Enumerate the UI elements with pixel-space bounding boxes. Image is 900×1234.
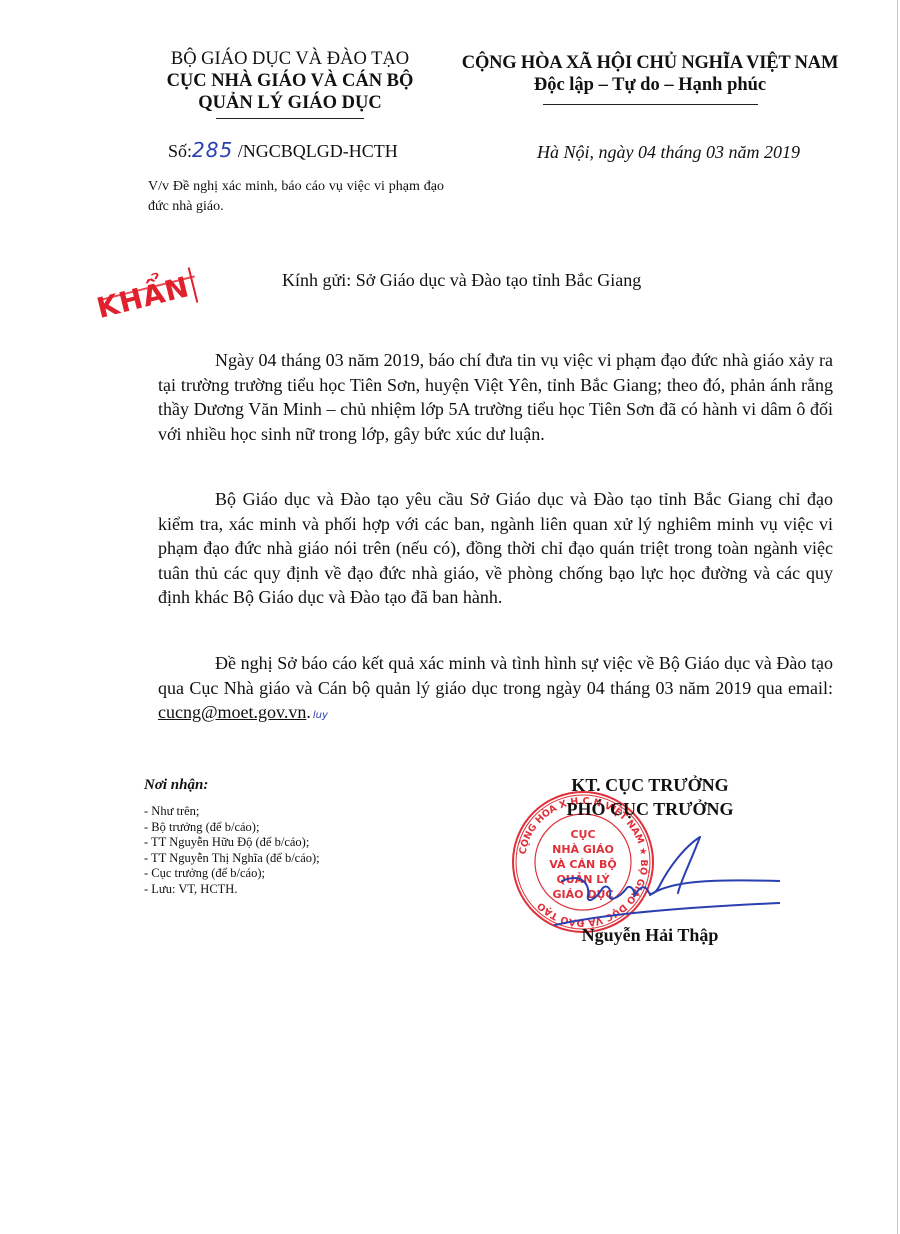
recipient-item: - Bộ trưởng (để b/cáo); <box>144 820 444 836</box>
body-paragraph-1: Ngày 04 tháng 03 năm 2019, báo chí đưa t… <box>158 348 833 446</box>
urgent-stamp-text: KHẨN <box>93 270 192 325</box>
body-paragraph-3: Đề nghị Sở báo cáo kết quả xác minh và t… <box>158 651 833 729</box>
department-name-line1: CỤC NHÀ GIÁO VÀ CÁN BỘ <box>140 70 440 92</box>
signer-authority: KT. CỤC TRƯỞNG <box>520 773 780 797</box>
motto-underline <box>543 104 758 105</box>
recipient-item: - TT Nguyễn Hữu Độ (để b/cáo); <box>144 835 444 851</box>
recipient-greeting: Kính gửi: Sở Giáo dục và Đào tạo tỉnh Bắ… <box>282 270 641 291</box>
signature-block: KT. CỤC TRƯỞNG PHÓ CỤC TRƯỞNG CỘNG HÒA X… <box>520 773 780 946</box>
recipients-list: Nơi nhận: - Như trên; - Bộ trưởng (để b/… <box>144 777 444 897</box>
signer-title: PHÓ CỤC TRƯỞNG <box>520 797 780 821</box>
recipient-item: - TT Nguyễn Thị Nghĩa (để b/cáo); <box>144 851 444 867</box>
recipients-title: Nơi nhận: <box>144 777 444 794</box>
doc-number-suffix: /NGCBQLGD-HCTH <box>233 141 398 161</box>
national-title: CỘNG HÒA XÃ HỘI CHỦ NGHĨA VIỆT NAM <box>445 52 855 74</box>
subject-line: V/v Đề nghị xác minh, báo cáo vụ việc vi… <box>148 177 444 217</box>
issuing-agency-header: BỘ GIÁO DỤC VÀ ĐÀO TẠO CỤC NHÀ GIÁO VÀ C… <box>140 48 440 119</box>
paragraph-prefix: Đề nghị Sở báo cáo kết quả xác minh và t… <box>158 653 833 698</box>
handwritten-initial: luy <box>313 710 328 721</box>
recipient-item: - Cục trưởng (để b/cáo); <box>144 866 444 882</box>
doc-number-handwritten: 285 <box>192 138 233 162</box>
recipient-item: - Như trên; <box>144 804 444 820</box>
paragraph-text: Đề nghị Sở báo cáo kết quả xác minh và t… <box>158 651 833 729</box>
paragraph-text: Bộ Giáo dục và Đào tạo yêu cầu Sở Giáo d… <box>158 487 833 610</box>
department-name-line2: QUẢN LÝ GIÁO DỤC <box>140 92 440 114</box>
document-number: Số:285 /NGCBQLGD-HCTH <box>168 138 398 162</box>
place-and-date: Hà Nội, ngày 04 tháng 03 năm 2019 <box>537 142 800 163</box>
recipient-item: - Lưu: VT, HCTH. <box>144 882 444 898</box>
paragraph-text: Ngày 04 tháng 03 năm 2019, báo chí đưa t… <box>158 348 833 446</box>
page-edge <box>897 0 898 1234</box>
handwritten-signature-icon <box>550 833 780 953</box>
header-underline <box>216 118 364 119</box>
urgent-stamp: KHẨN <box>88 265 198 325</box>
email-link[interactable]: cucng@moet.gov.vn <box>158 702 306 722</box>
national-motto: Độc lập – Tự do – Hạnh phúc <box>445 74 855 96</box>
paragraph-suffix: . <box>306 702 311 722</box>
doc-number-label: Số: <box>168 141 192 161</box>
national-header: CỘNG HÒA XÃ HỘI CHỦ NGHĨA VIỆT NAM Độc l… <box>445 52 855 105</box>
body-paragraph-2: Bộ Giáo dục và Đào tạo yêu cầu Sở Giáo d… <box>158 487 833 610</box>
ministry-name: BỘ GIÁO DỤC VÀ ĐÀO TẠO <box>140 48 440 70</box>
